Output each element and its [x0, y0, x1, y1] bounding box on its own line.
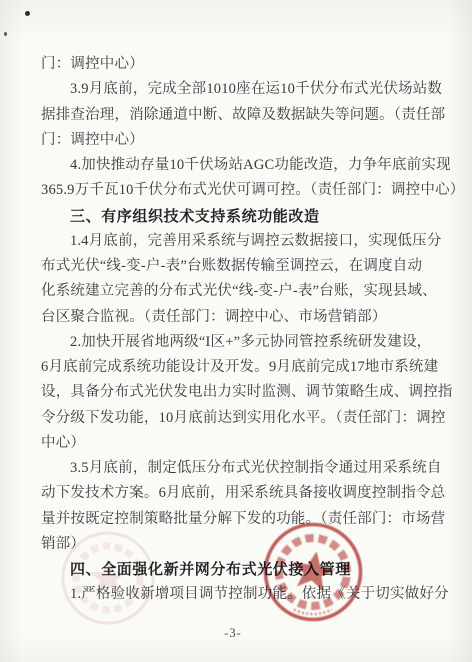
text-line: 据排查治理，消除通道中断、故障及数据缺失等问题。（责任部	[41, 103, 437, 128]
text-line: 3.9月底前，完成全部1010座在运10千伏分布式光伏场站数	[41, 77, 437, 102]
text-line: 化系统建立完善的分布式光伏“线-变-户-表”台账，实现县域、	[41, 279, 437, 304]
text-line: 门：调控中心）	[41, 52, 437, 77]
text-line: 1.严格验收新增项目调节控制功能。依据《关于切实做好分	[41, 582, 437, 607]
text-line: 销部）	[41, 532, 437, 557]
text-line: 4.加快推动存量10千伏场站AGC功能改造，力争年底前实现	[41, 153, 437, 178]
text-line: 动下发技术方案。6月底前，用采系统具备接收调度控制指令总	[41, 481, 437, 506]
text-line: 设，具备分布式光伏发电出力实时监测、调节策略生成、调控指	[41, 380, 437, 405]
text-line: 台区聚合监视。（责任部门：调控中心、市场营销部）	[41, 305, 437, 330]
text-line: 2.加快开展省地两级“I区+”多元协同管控系统研发建设，	[41, 330, 437, 355]
scan-speck	[4, 32, 7, 36]
text-line: 量并按既定控制策略批量分解下发的功能。（责任部门：市场营	[41, 507, 437, 532]
text-line: 365.9万千瓦10千伏分布式光伏可调可控。（责任部门：调控中心）	[41, 178, 437, 203]
scan-speck	[25, 11, 30, 16]
page-number: -3-	[0, 626, 466, 641]
section-heading: 三、有序组织技术支持系统功能改造	[41, 204, 437, 229]
scanned-document-page: 门：调控中心） 3.9月底前，完成全部1010座在运10千伏分布式光伏场站数 据…	[0, 0, 472, 662]
document-body: 门：调控中心） 3.9月底前，完成全部1010座在运10千伏分布式光伏场站数 据…	[41, 52, 437, 608]
text-line: 3.5月底前，制定低压分布式光伏控制指令通过用采系统自	[41, 456, 437, 481]
section-heading: 四、全面强化新并网分布式光伏接入管理	[41, 557, 437, 582]
text-line: 1.4月底前，完善用采系统与调控云数据接口，实现低压分	[41, 229, 437, 254]
text-line: 中心）	[41, 431, 437, 456]
text-line: 6月底前完成系统功能设计及开发。9月底前完成17地市系统建	[41, 355, 437, 380]
text-line: 令分级下发功能，10月底前达到实用化水平。（责任部门：调控	[41, 406, 437, 431]
text-line: 布式光伏“线-变-户-表”台账数据传输至调控云，在调度自动	[41, 254, 437, 279]
text-line: 门：调控中心）	[41, 128, 437, 153]
